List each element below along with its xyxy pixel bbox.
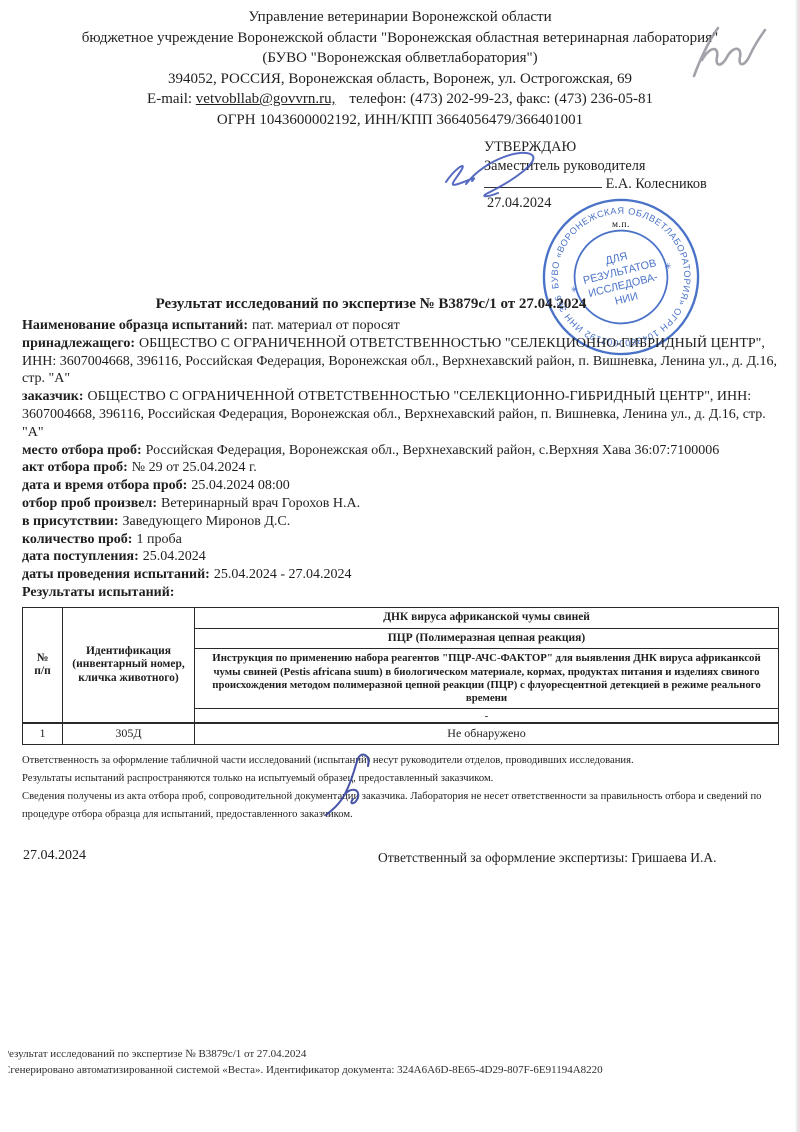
org-ogrn-inn: ОГРН 1043600002192, ИНН/КПП 3664056479/3…	[0, 110, 800, 131]
field-label: Результаты испытаний:	[22, 585, 174, 600]
note: Ответственность за оформление табличной …	[22, 752, 780, 770]
document-title: Результат исследований по экспертизе № В…	[0, 296, 742, 313]
field-sample-name: Наименование образца испытаний:пат. мате…	[22, 317, 780, 335]
approval-date: 27.04.2024	[487, 194, 707, 213]
table-header-row-test: № п/п Идентификация (инвентарный номер, …	[23, 607, 779, 628]
email-link[interactable]: vetvobllab@govvrn.ru,	[196, 91, 336, 107]
note: Сведения получены из акта отбора проб, с…	[22, 788, 780, 824]
org-short-name: (БУВО "Воронежская облветлаборатория")	[0, 48, 800, 69]
field-value: пат. материал от поросят	[252, 318, 400, 333]
row-id-cell: 305Д	[63, 723, 195, 744]
org-contacts: E-mail: vetvobllab@govvrn.ru,телефон: (4…	[0, 89, 800, 110]
phone-fax: телефон: (473) 202-99-23, факс: (473) 23…	[349, 91, 653, 107]
field-label: Наименование образца испытаний:	[22, 318, 248, 333]
org-department: Управление ветеринарии Воронежской облас…	[0, 7, 800, 28]
col-header-num: № п/п	[23, 607, 63, 723]
field-value: ОБЩЕСТВО С ОГРАНИЧЕННОЙ ОТВЕТСТВЕННОСТЬЮ…	[22, 336, 777, 387]
field-label: дата поступления:	[22, 549, 139, 564]
table-row: 1 305Д Не обнаружено	[23, 723, 779, 744]
field-label: заказчик:	[22, 389, 84, 404]
signature-row: Е.А. Колесников	[484, 175, 707, 194]
field-value: Российская Федерация, Воронежская обл., …	[146, 443, 720, 458]
stamp-left-star: ✳	[569, 284, 579, 296]
note: Результаты испытаний распространяются то…	[22, 770, 780, 788]
approve-word: УТВЕРЖДАЮ	[484, 138, 707, 157]
footer-generated-by: Сгенерировано автоматизированной системо…	[8, 1063, 728, 1079]
field-value: 25.04.2024	[143, 549, 206, 564]
method-header: ПЦР (Полимеразная цепная реакция)	[195, 628, 779, 649]
field-label: количество проб:	[22, 532, 132, 547]
org-address: 394052, РОССИЯ, Воронежская область, Вор…	[0, 69, 800, 90]
mp-label: м.п.	[612, 220, 630, 230]
scan-edge-artifact	[795, 0, 800, 1132]
signature-line	[484, 175, 602, 188]
field-sample-count: количество проб:1 проба	[22, 531, 780, 549]
row-num-cell: 1	[23, 723, 63, 744]
row-result-cell: Не обнаружено	[195, 723, 779, 744]
field-sampling-act: акт отбора проб:№ 29 от 25.04.2024 г.	[22, 459, 780, 477]
field-value: 25.04.2024 - 27.04.2024	[214, 567, 352, 582]
field-witness: в присутствии:Заведующего Миронов Д.С.	[22, 513, 780, 531]
svg-text:ДЛЯ: ДЛЯ	[604, 250, 629, 267]
field-customer: заказчик:ОБЩЕСТВО С ОГРАНИЧЕННОЙ ОТВЕТСТ…	[22, 388, 780, 441]
field-label: даты проведения испытаний:	[22, 567, 210, 582]
signoff-row: 27.04.2024 Ответственный за оформление э…	[22, 847, 780, 869]
approver-name: Е.А. Колесников	[606, 176, 707, 192]
field-sampler: отбор проб произвел:Ветеринарный врач Го…	[22, 495, 780, 513]
field-label: акт отбора проб:	[22, 460, 128, 475]
results-heading: Результаты испытаний:	[22, 584, 780, 602]
field-sampling-datetime: дата и время отбора проб:25.04.2024 08:0…	[22, 477, 780, 495]
test-group-header: ДНК вируса африканской чумы свиней	[195, 607, 779, 628]
document-body: Наименование образца испытаний:пат. мате…	[22, 317, 780, 869]
responsible-person: Ответственный за оформление экспертизы: …	[378, 849, 716, 867]
letterhead: Управление ветеринарии Воронежской облас…	[0, 7, 800, 131]
field-value: ОБЩЕСТВО С ОГРАНИЧЕННОЙ ОТВЕТСТВЕННОСТЬЮ…	[22, 389, 766, 440]
field-value: 25.04.2024 08:00	[191, 478, 289, 493]
field-label: место отбора проб:	[22, 443, 142, 458]
footer-expertise-ref: Результат исследований по экспертизе № В…	[8, 1047, 728, 1063]
field-label: в присутствии:	[22, 514, 119, 529]
field-label: принадлежащего:	[22, 336, 135, 351]
disclaimer-notes: Ответственность за оформление табличной …	[22, 752, 780, 824]
field-owner: принадлежащего:ОБЩЕСТВО С ОГРАНИЧЕННОЙ О…	[22, 335, 780, 388]
results-table: № п/п Идентификация (инвентарный номер, …	[22, 607, 779, 745]
email-label: E-mail:	[147, 91, 192, 107]
signoff-date: 27.04.2024	[23, 847, 86, 865]
dash-cell: -	[195, 709, 779, 724]
field-value: 1 проба	[136, 532, 181, 547]
field-value: Заведующего Миронов Д.С.	[123, 514, 291, 529]
stamp-right-star: ✳	[663, 260, 673, 272]
field-label: отбор проб произвел:	[22, 496, 157, 511]
page-footer: Результат исследований по экспертизе № В…	[8, 1047, 728, 1078]
approver-position: Заместитель руководителя	[484, 157, 707, 176]
col-header-identification: Идентификация (инвентарный номер, кличка…	[63, 607, 195, 723]
field-test-dates: даты проведения испытаний:25.04.2024 - 2…	[22, 566, 780, 584]
org-name: бюджетное учреждение Воронежской области…	[0, 28, 800, 49]
field-value: № 29 от 25.04.2024 г.	[132, 460, 257, 475]
approval-block: УТВЕРЖДАЮ Заместитель руководителя Е.А. …	[484, 138, 707, 212]
field-value: Ветеринарный врач Горохов Н.А.	[161, 496, 360, 511]
field-label: дата и время отбора проб:	[22, 478, 187, 493]
svg-text:РЕЗУЛЬТАТОВ: РЕЗУЛЬТАТОВ	[582, 257, 658, 287]
instruction-header: Инструкция по применению набора реагенто…	[195, 649, 779, 709]
field-receipt-date: дата поступления:25.04.2024	[22, 548, 780, 566]
document-page: Управление ветеринарии Воронежской облас…	[0, 0, 800, 1132]
field-sampling-place: место отбора проб:Российская Федерация, …	[22, 442, 780, 460]
